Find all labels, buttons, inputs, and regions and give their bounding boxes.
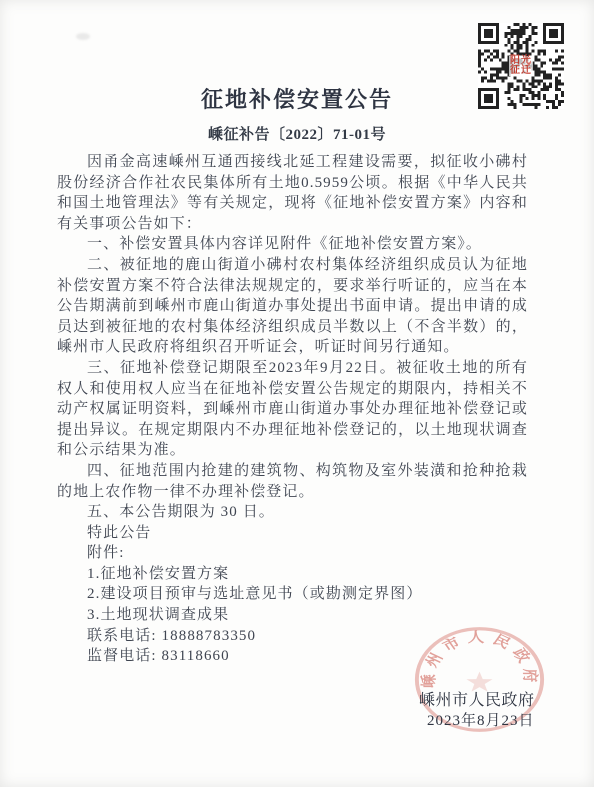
attachment-item: 1.征地补偿安置方案 [57, 564, 528, 585]
page-title: 征地补偿安置公告 [0, 83, 594, 114]
paragraph-item-4: 四、征地范围内抢建的建筑物、构筑物及室外装潢和抢种抢栽的地上农作物一律不办理补偿… [57, 461, 528, 502]
doc-number: 嵊征补告〔2022〕71-01号 [0, 123, 594, 144]
document-body: 因甬金高速嵊州互通西接线北延工程建设需要，拟征收小砩村股份经济合作社农民集体所有… [57, 152, 528, 667]
scan-smudge [76, 33, 90, 40]
paragraph-item-3: 三、征地补偿登记期限至2023年9月22日。被征收土地的所有权人和使用权人应当在… [57, 358, 528, 461]
attachment-item: 2.建设项目预审与选址意见书（或勘测定界图） [57, 584, 528, 605]
paragraph-item-5: 五、本公告期限为 30 日。 [57, 502, 528, 523]
paragraph-item-2: 二、被征地的鹿山街道小砩村农村集体经济组织成员认为征地补偿安置方案不符合法律法规… [57, 255, 528, 358]
issue-date: 2023年8月23日 [427, 709, 535, 730]
attachment-item: 3.土地现状调查成果 [57, 605, 528, 626]
attachments-label: 附件: [57, 543, 528, 564]
paragraph-intro: 因甬金高速嵊州互通西接线北延工程建设需要，拟征收小砩村股份经济合作社农民集体所有… [57, 152, 528, 234]
issuer-signature: 嵊州市人民政府 [419, 687, 535, 710]
closing-line: 特此公告 [57, 523, 528, 544]
announcement-page: 阳光 征迁 征地补偿安置公告 嵊征补告〔2022〕71-01号 因甬金高速嵊州互… [0, 0, 594, 787]
paragraph-item-1: 一、补偿安置具体内容详见附件《征地补偿安置方案》。 [57, 234, 528, 255]
